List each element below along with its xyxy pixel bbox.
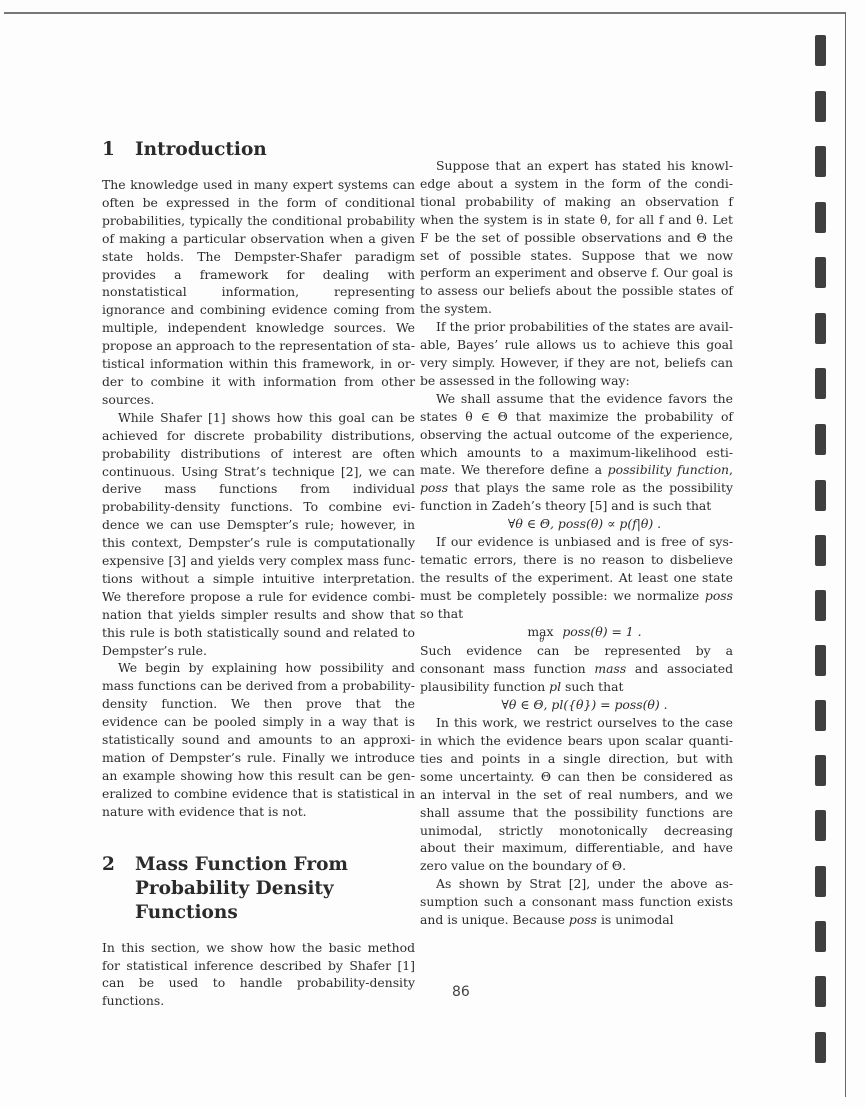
equation-plausibility: ∀θ ∈ Θ, pl({θ}) = poss(θ) . bbox=[420, 696, 733, 714]
left-column: 1 Introduction The knowledge used in man… bbox=[102, 138, 415, 1010]
page-top-border bbox=[4, 12, 846, 14]
registration-mark bbox=[815, 810, 826, 841]
text-run: , bbox=[729, 462, 733, 477]
text-run: such that bbox=[561, 679, 623, 694]
registration-mark bbox=[815, 535, 826, 566]
registration-mark bbox=[815, 921, 826, 952]
section-2-heading: 2 Mass Function From Proba­bility Densit… bbox=[102, 853, 415, 925]
registration-mark bbox=[815, 202, 826, 233]
paragraph: We shall assume that the evidence favors… bbox=[420, 390, 733, 515]
paragraph: Such evidence can be represented by a co… bbox=[420, 642, 733, 696]
registration-mark bbox=[815, 755, 826, 786]
registration-mark bbox=[815, 1032, 826, 1063]
paragraph: Suppose that an expert has stated his kn… bbox=[420, 157, 733, 318]
registration-mark bbox=[815, 257, 826, 288]
text-run: so that bbox=[420, 606, 463, 621]
paragraph: In this section, we show how the basic m… bbox=[102, 939, 415, 1011]
emphasis: poss bbox=[569, 912, 597, 927]
paragraph: We begin by explaining how possibility a… bbox=[102, 659, 415, 820]
registration-mark bbox=[815, 976, 826, 1007]
paragraph: The knowledge used in many expert system… bbox=[102, 176, 415, 409]
registration-mark bbox=[815, 313, 826, 344]
equation-possibility-proportional: ∀θ ∈ Θ, poss(θ) ∝ p(f|θ) . bbox=[420, 515, 733, 533]
registration-mark bbox=[815, 424, 826, 455]
text-run: that plays the same role as the possibil… bbox=[420, 480, 733, 513]
registration-mark bbox=[815, 866, 826, 897]
registration-mark bbox=[815, 645, 826, 676]
registration-mark bbox=[815, 700, 826, 731]
registration-mark bbox=[815, 368, 826, 399]
page-number: 86 bbox=[452, 984, 470, 1000]
section-number: 1 bbox=[102, 138, 135, 162]
section-title: Introduction bbox=[135, 138, 415, 162]
equation-normalization: maxθ poss(θ) = 1 . bbox=[420, 623, 733, 643]
subscript-theta: θ bbox=[540, 635, 545, 644]
section-number: 2 bbox=[102, 853, 135, 925]
emphasis: poss bbox=[705, 588, 733, 603]
right-column: Suppose that an expert has stated his kn… bbox=[420, 157, 733, 929]
registration-mark bbox=[815, 146, 826, 177]
paragraph: If our evidence is unbiased and is free … bbox=[420, 533, 733, 623]
emphasis: pl bbox=[549, 679, 561, 694]
section-title: Mass Function From Proba­bility Density … bbox=[135, 853, 415, 925]
text-run: If our evidence is unbiased and is free … bbox=[420, 534, 733, 603]
text-run: is unimodal bbox=[597, 912, 674, 927]
section-1-heading: 1 Introduction bbox=[102, 138, 415, 162]
paragraph: While Shafer [1] shows how this goal can… bbox=[102, 409, 415, 660]
registration-mark bbox=[815, 590, 826, 621]
margin-registration-marks bbox=[815, 0, 829, 1108]
paragraph: If the prior probabilities of the states… bbox=[420, 318, 733, 390]
registration-mark bbox=[815, 91, 826, 122]
paragraph: In this work, we restrict ourselves to t… bbox=[420, 714, 733, 875]
emphasis: possibility function bbox=[608, 462, 729, 477]
emphasis: mass bbox=[594, 661, 626, 676]
page-right-border bbox=[845, 12, 846, 1097]
registration-mark bbox=[815, 35, 826, 66]
registration-mark bbox=[815, 480, 826, 511]
emphasis: poss bbox=[420, 480, 448, 495]
equation-body: poss(θ) = 1 . bbox=[558, 624, 641, 639]
paragraph: As shown by Strat [2], under the above a… bbox=[420, 875, 733, 929]
